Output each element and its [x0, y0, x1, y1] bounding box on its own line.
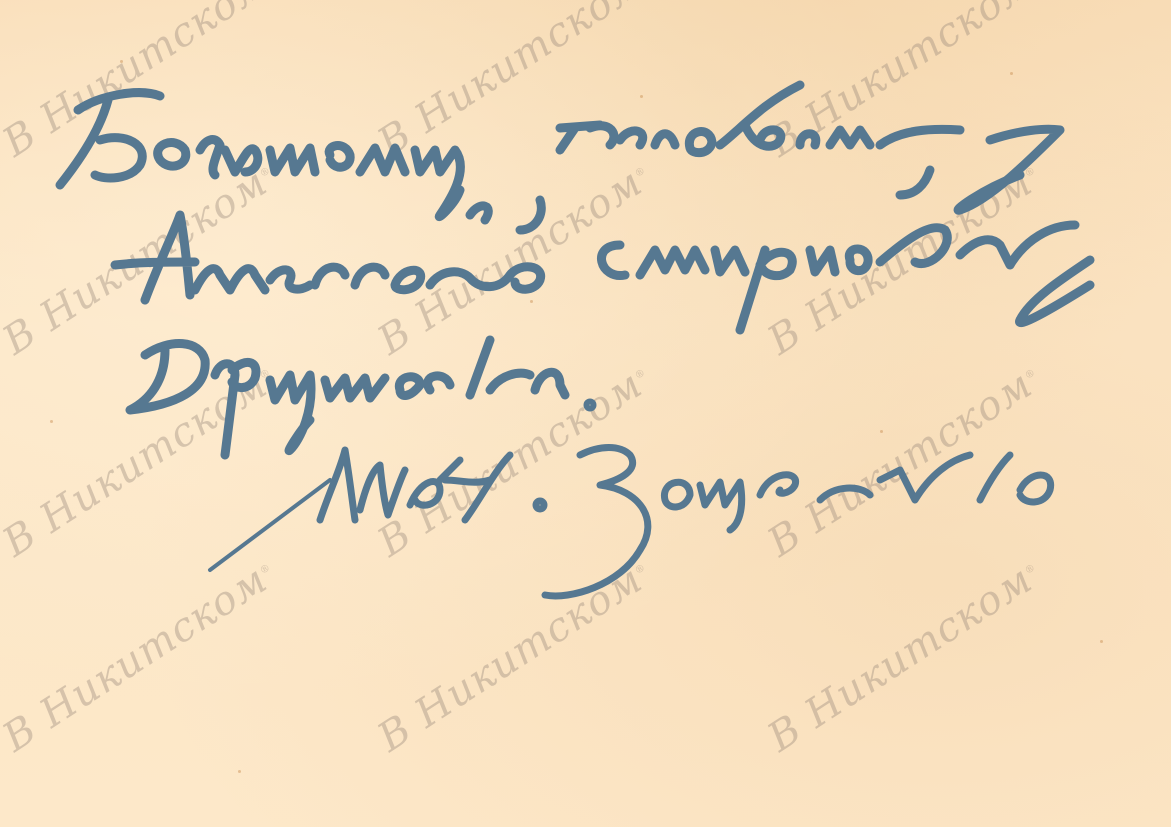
handwritten-signature: [210, 448, 1051, 596]
handwritten-line-2: [115, 170, 1090, 330]
aged-paper-background: В Никитском® В Никитском® В Никитском® В…: [0, 0, 1171, 827]
handwritten-line-3: [130, 340, 593, 455]
handwriting-ink: [0, 0, 1171, 827]
